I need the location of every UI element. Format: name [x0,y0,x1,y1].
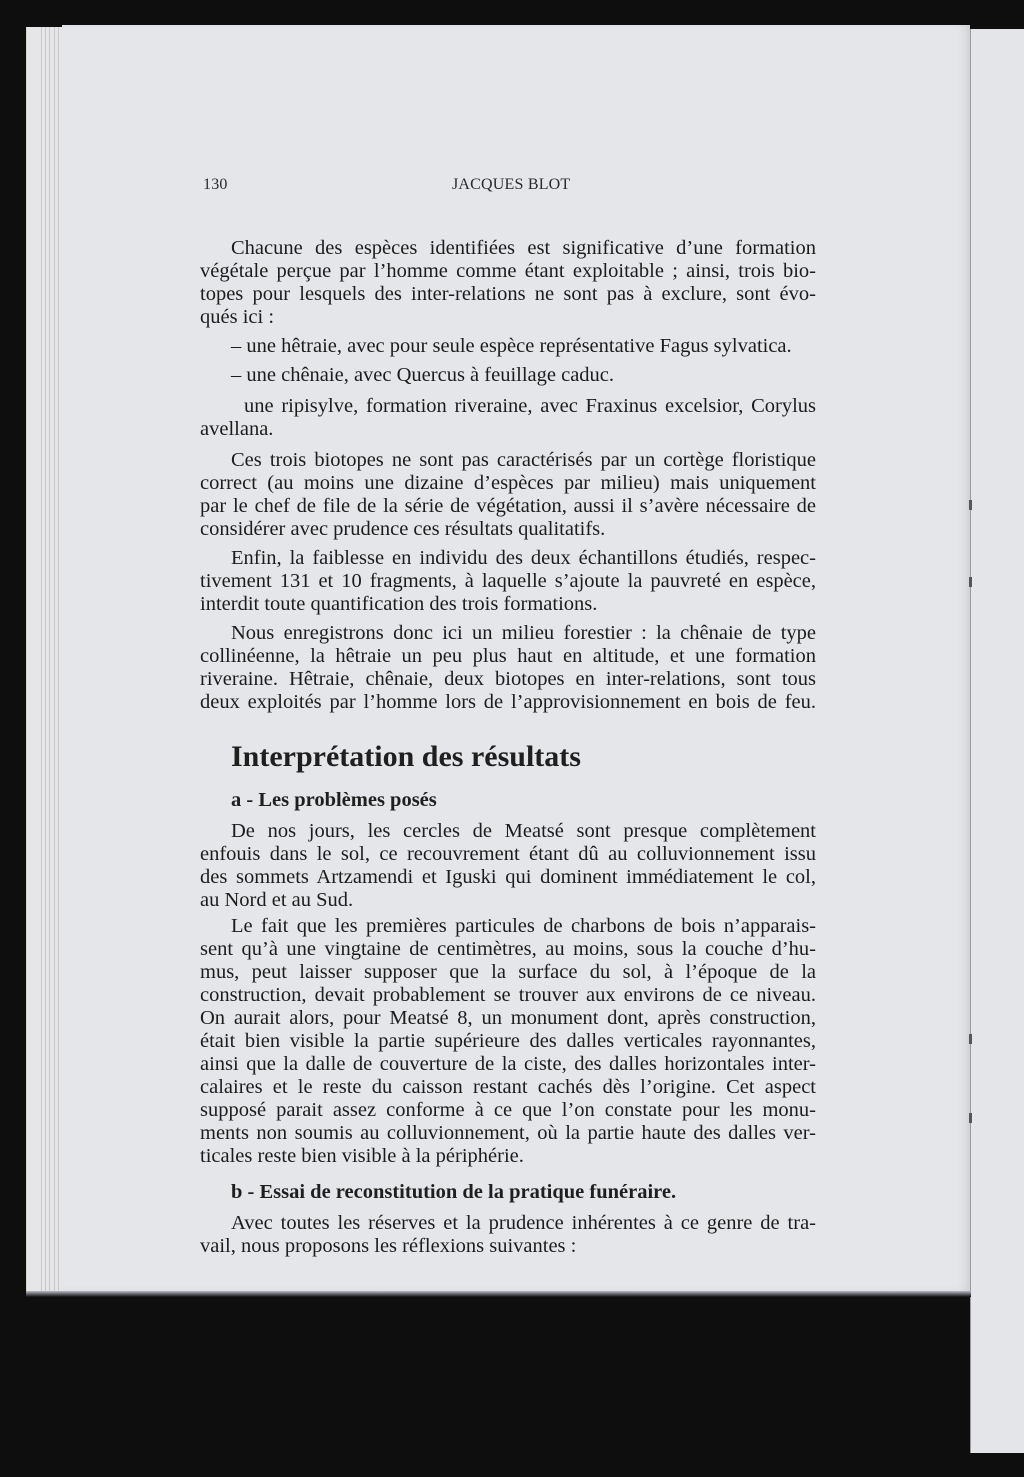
text-line: avellana. [200,418,816,440]
binding-thread-mark [969,500,972,510]
binding-thread-mark [969,1034,972,1044]
text-line: Avec toutes les réserves et la prudence … [231,1212,816,1234]
text-line: Enfin, la faiblesse en individu des deux… [231,547,816,569]
text-line: De nos jours, les cercles de Meatsé sont… [231,820,816,842]
binding-thread-mark [969,577,972,587]
text-line: vail, nous proposons les réflexions suiv… [200,1235,816,1257]
text-line: qués ici : [200,306,816,328]
facing-page-edge [970,29,1024,1453]
list-item: – une chênaie, avec Quercus à feuillage … [231,364,816,386]
page-stack-edge [26,27,67,1297]
text-line: mus, peut laisser supposer que la surfac… [200,961,816,983]
text-line: enfouis dans le sol, ce recouvrement éta… [200,843,816,865]
text-line: ments non soumis au colluvionnement, où … [200,1122,816,1144]
text-line: des sommets Artzamendi et Iguski qui dom… [200,866,816,888]
text-line: végétale perçue par l’homme comme étant … [200,260,816,282]
text-line: considérer avec prudence ces résultats q… [200,518,816,540]
list-item: – une hêtraie, avec pour seule espèce re… [231,335,816,357]
text-line: calaires et le reste du caisson restant … [200,1076,816,1098]
text-line: au Nord et au Sud. [200,889,816,911]
text-line: Le fait que les premières particules de … [231,915,816,937]
text-line: correct (au moins une dizaine d’espèces … [200,472,816,494]
page-shadow [26,1291,971,1297]
text-line: collinéenne, la hêtraie un peu plus haut… [200,645,816,667]
text-line: ticales reste bien visible à la périphér… [200,1145,816,1167]
text-line: construction, devait probablement se tro… [200,984,816,1006]
text-line: supposé parait assez conforme à ce que l… [200,1099,816,1121]
text-line: tivement 131 et 10 fragments, à laquelle… [200,570,816,592]
text-line: topes pour lesquels des inter-relations … [200,283,816,305]
page-number: 130 [203,176,228,194]
text-line: sent qu’à une vingtaine de centimètres, … [200,938,816,960]
text-line: Chacune des espèces identifiées est sign… [231,237,816,259]
text-line: une ripisylve, formation riveraine, avec… [244,395,816,417]
subsection-heading-b: b - Essai de reconstitution de la pratiq… [231,1181,676,1204]
text-line: On aurait alors, pour Meatsé 8, un monum… [200,1007,816,1029]
text-line: deux exploités par l’homme lors de l’app… [200,691,816,713]
text-line: riveraine. Hêtraie, chênaie, deux biotop… [200,668,816,690]
text-line: par le chef de file de la série de végét… [200,495,816,517]
text-line: était bien visible la partie supérieure … [200,1030,816,1052]
running-title: JACQUES BLOT [452,176,570,194]
binding-thread-mark [969,1113,972,1123]
section-heading: Interprétation des résultats [231,740,581,774]
text-line: Nous enregistrons donc ici un milieu for… [231,622,816,644]
subsection-heading-a: a - Les problèmes posés [231,789,437,812]
text-line: ainsi que la dalle de couverture de la c… [200,1053,816,1075]
text-line: interdit toute quantification des trois … [200,593,816,615]
text-line: Ces trois biotopes ne sont pas caractéri… [231,449,816,471]
